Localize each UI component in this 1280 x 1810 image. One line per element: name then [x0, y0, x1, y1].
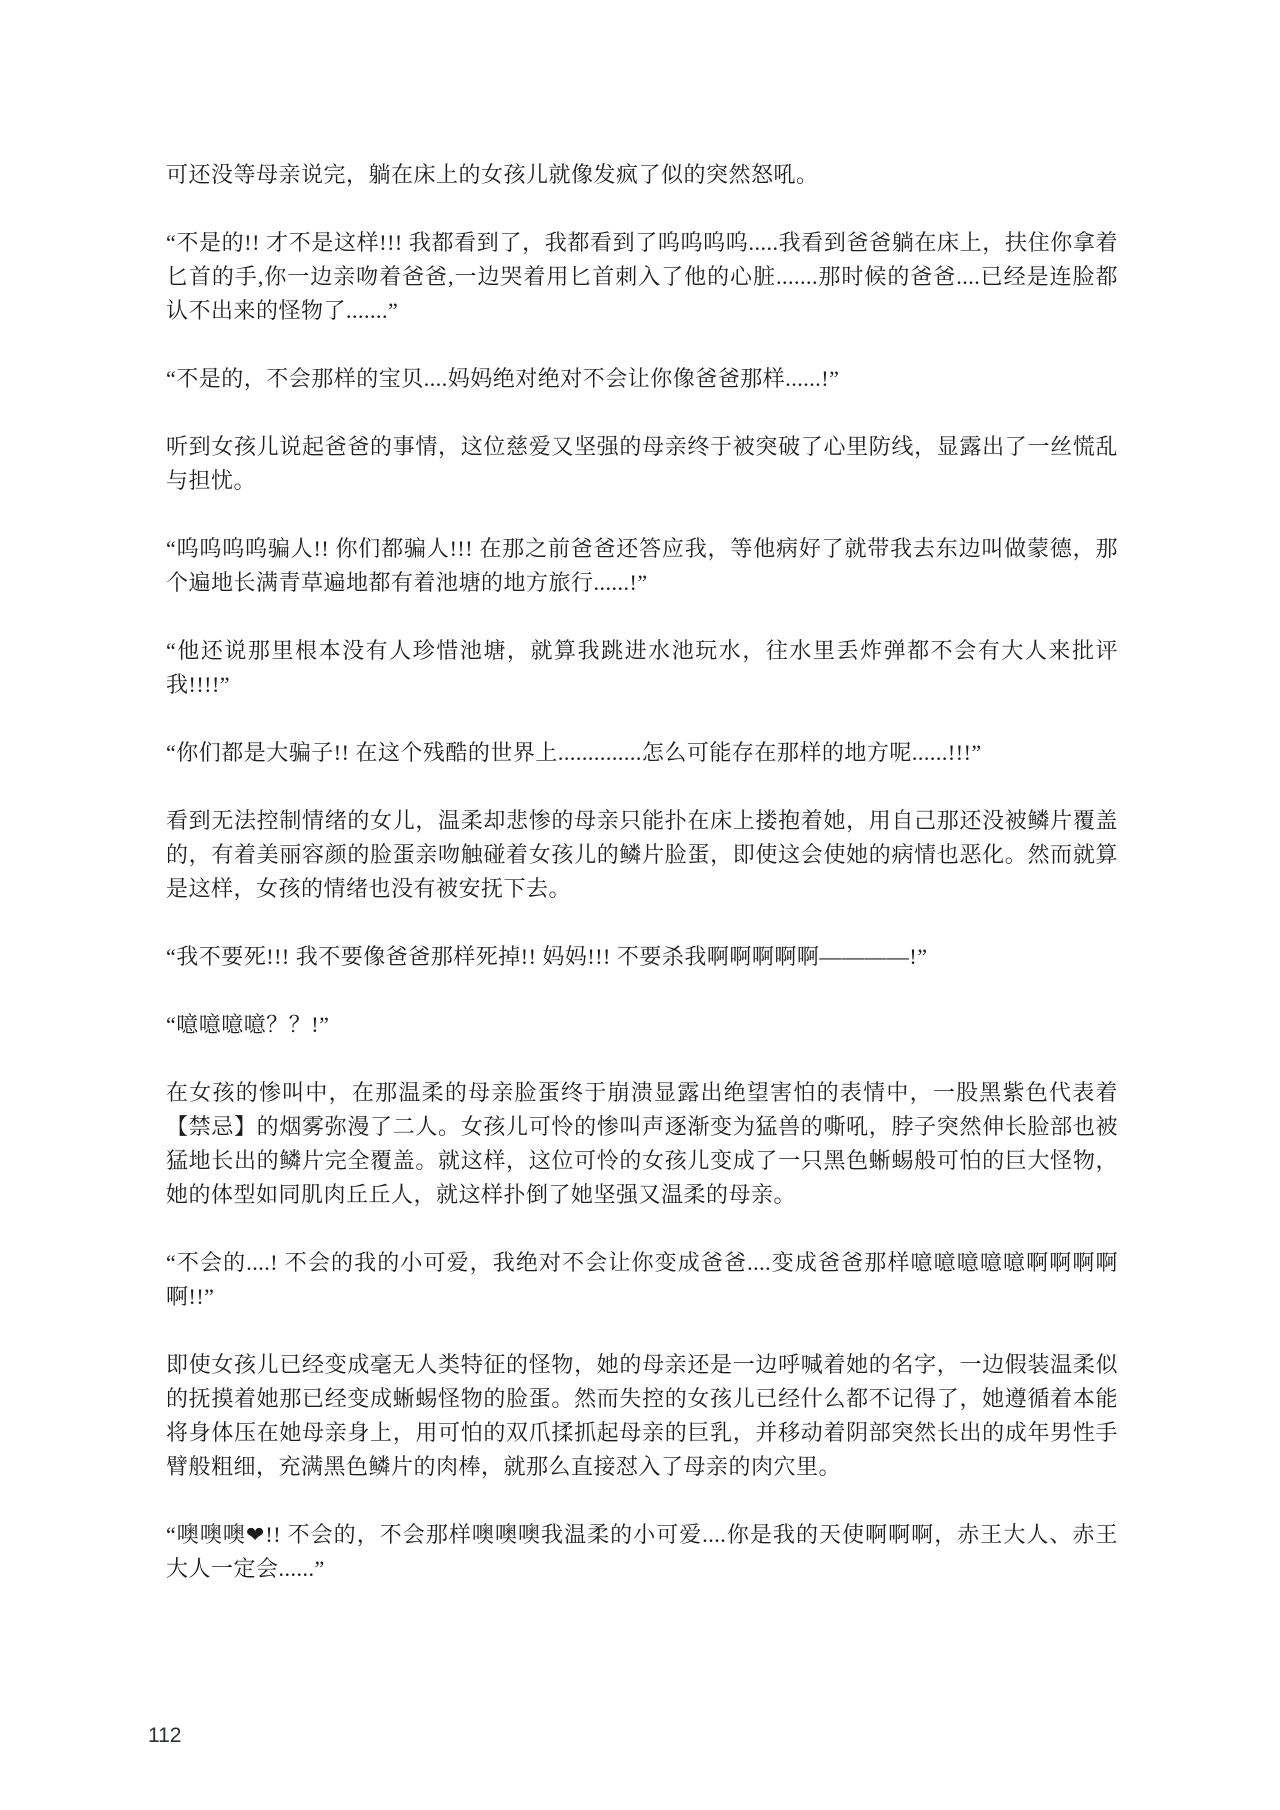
paragraph-dialogue-9: “噢噢噢❤!! 不会的，不会那样噢噢噢我温柔的小可爱....你是我的天使啊啊啊，… [166, 1518, 1118, 1586]
page-number: 112 [148, 1724, 181, 1748]
paragraph-narration-4: 在女孩的惨叫中，在那温柔的母亲脸蛋终于崩溃显露出绝望害怕的表情中，一股黑紫色代表… [166, 1076, 1118, 1212]
paragraph-dialogue-2: “不是的，不会那样的宝贝....妈妈绝对绝对不会让你像爸爸那样......!” [166, 362, 1118, 396]
paragraph-narration-5: 即使女孩儿已经变成毫无人类特征的怪物，她的母亲还是一边呼喊着她的名字，一边假装温… [166, 1348, 1118, 1484]
paragraph-dialogue-7: “噫噫噫噫？？!” [166, 1008, 1118, 1042]
text-body: 可还没等母亲说完，躺在床上的女孩儿就像发疯了似的突然怒吼。 “不是的!! 才不是… [166, 158, 1118, 1620]
paragraph-narration-2: 听到女孩儿说起爸爸的事情，这位慈爱又坚强的母亲终于被突破了心里防线，显露出了一丝… [166, 430, 1118, 498]
paragraph-dialogue-1: “不是的!! 才不是这样!!! 我都看到了，我都看到了呜呜呜呜.....我看到爸… [166, 226, 1118, 328]
paragraph-dialogue-8: “不会的....! 不会的我的小可爱，我绝对不会让你变成爸爸....变成爸爸那样… [166, 1246, 1118, 1314]
paragraph-dialogue-3: “呜呜呜呜骗人!! 你们都骗人!!! 在那之前爸爸还答应我，等他病好了就带我去东… [166, 532, 1118, 600]
paragraph-dialogue-4: “他还说那里根本没有人珍惜池塘，就算我跳进水池玩水，往水里丢炸弹都不会有大人来批… [166, 634, 1118, 702]
paragraph-narration-1: 可还没等母亲说完，躺在床上的女孩儿就像发疯了似的突然怒吼。 [166, 158, 1118, 192]
document-page: 可还没等母亲说完，躺在床上的女孩儿就像发疯了似的突然怒吼。 “不是的!! 才不是… [0, 0, 1280, 1810]
paragraph-dialogue-6: “我不要死!!! 我不要像爸爸那样死掉!! 妈妈!!! 不要杀我啊啊啊啊啊———… [166, 940, 1118, 974]
paragraph-narration-3: 看到无法控制情绪的女儿，温柔却悲惨的母亲只能扑在床上搂抱着她，用自己那还没被鳞片… [166, 804, 1118, 906]
paragraph-dialogue-5: “你们都是大骗子!! 在这个残酷的世界上..............怎么可能存在… [166, 736, 1118, 770]
